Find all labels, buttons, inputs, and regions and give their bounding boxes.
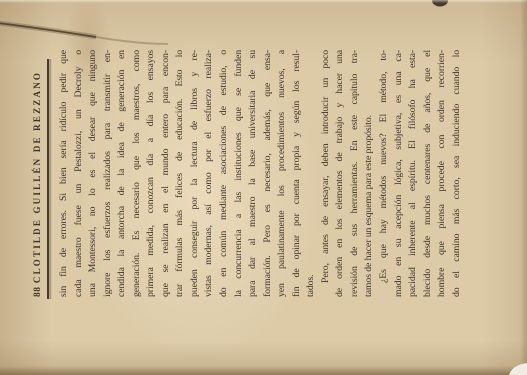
text-line: cada maestro fuese un Pestalozzi, un Dec… bbox=[72, 50, 87, 297]
running-head-row: 88 CLOTILDE GUILLÉN DE REZZANO bbox=[32, 57, 45, 297]
page-number: 88 bbox=[33, 287, 43, 298]
text-line: pacidad inherente al espíritu. El filóso… bbox=[406, 50, 421, 297]
text-line: yen paulatinamente los procedimientos nu… bbox=[275, 50, 290, 297]
text-line: Pero, antes de ensayar, deben introducir… bbox=[319, 50, 334, 297]
text-line: pueden conseguir por la lectura de libro… bbox=[188, 50, 203, 297]
scan-blemish bbox=[432, 0, 448, 7]
text-line: primera medida, conozcan día a día los e… bbox=[144, 50, 159, 297]
text-line: la concurrencia a las instituciones que … bbox=[232, 50, 247, 297]
text-line: hombre que piensa procede con orden reco… bbox=[435, 50, 450, 297]
text-line: de orden en los elementos de trabajo y h… bbox=[333, 50, 348, 297]
text-line: para dar al maestro la base universitari… bbox=[246, 50, 261, 297]
text-line: do en común mediante asociaciones de est… bbox=[217, 50, 232, 297]
text-line: tados. bbox=[304, 50, 319, 297]
page-crease bbox=[0, 23, 96, 37]
running-head: CLOTILDE GUILLÉN DE REZZANO bbox=[32, 57, 42, 297]
text-line: sin fin de errores. Si bien sería ridícu… bbox=[57, 50, 72, 297]
page-body: sin fin de errores. Si bien sería ridícu… bbox=[57, 50, 464, 297]
text-line: una Montessori, no lo es el desear que n… bbox=[86, 50, 101, 297]
scanned-book-page-image: 88 CLOTILDE GUILLÉN DE REZZANO sin fin d… bbox=[0, 0, 527, 375]
text-line: ignore los esfuerzos realizados para tra… bbox=[101, 50, 116, 297]
text-line: formación. Pero es necesario, además, qu… bbox=[261, 50, 276, 297]
text-line: que se realizan en el mundo entero para … bbox=[159, 50, 174, 297]
page-crease-shadow bbox=[0, 23, 96, 37]
text-line: ¿Es que hay métodos nuevos? El método, t… bbox=[377, 50, 392, 297]
book-page: 88 CLOTILDE GUILLÉN DE REZZANO sin fin d… bbox=[0, 0, 527, 375]
text-line: vistas modernas, así como por el esfuerz… bbox=[202, 50, 217, 297]
text-line: do el camino más corto, sea induciendo c… bbox=[450, 50, 465, 297]
text-line: fin de opinar por cuenta propia y según … bbox=[290, 50, 305, 297]
running-head-rule bbox=[47, 59, 49, 299]
text-line: mado en su acepción lógica, subjetiva, e… bbox=[392, 50, 407, 297]
text-line: cendida la antorcha de la idea de genera… bbox=[115, 50, 130, 297]
text-line: tamos de hacer un esquema para este prop… bbox=[362, 50, 377, 297]
text-line: generación. Es necesario que los maestro… bbox=[130, 50, 145, 297]
text-line: trar fórmulas más felices de educación. … bbox=[173, 50, 188, 297]
page-crease-tail bbox=[96, 37, 168, 44]
text-line: revisión de sus herramientas. En este ca… bbox=[348, 50, 363, 297]
text-line: blecido desde muchos centenares de años,… bbox=[421, 50, 436, 297]
